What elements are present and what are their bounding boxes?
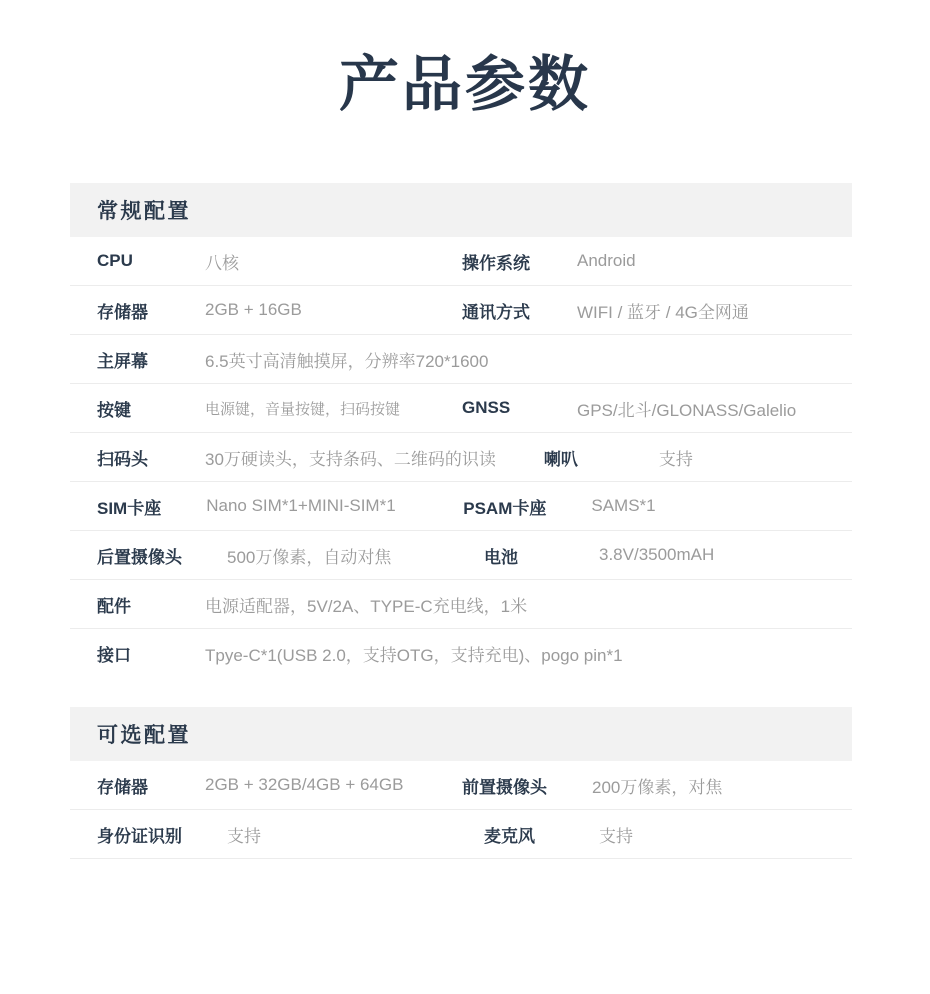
- spec-value: 电源键，音量按键，扫码按键: [205, 398, 462, 419]
- spec-value: SAMS*1: [591, 496, 852, 516]
- spec-row: 存储器2GB + 16GB通讯方式WIFI / 蓝牙 / 4G全网通: [70, 286, 852, 335]
- spec-value: Nano SIM*1+MINI-SIM*1: [206, 496, 463, 516]
- spec-value: 支持: [227, 822, 484, 847]
- spec-label: 前置摄像头: [462, 773, 592, 798]
- spec-label: CPU: [97, 251, 205, 271]
- spec-row: 按键电源键，音量按键，扫码按键GNSSGPS/北斗/GLONASS/Galeli…: [70, 384, 852, 433]
- spec-label: PSAM卡座: [463, 494, 591, 519]
- section-title: 可选配置: [97, 719, 191, 749]
- spec-value: 3.8V/3500mAH: [599, 545, 852, 565]
- spec-rows: 存储器2GB + 32GB/4GB + 64GB前置摄像头200万像素，对焦身份…: [70, 761, 852, 859]
- spec-label: 按键: [97, 396, 205, 421]
- spec-row: 扫码头30万硬读头，支持条码、二维码的识读喇叭支持: [70, 433, 852, 482]
- spec-row: 配件电源适配器，5V/2A、TYPE-C充电线，1米: [70, 580, 852, 629]
- section-header: 可选配置: [70, 707, 852, 761]
- spec-label: 麦克风: [484, 822, 599, 847]
- spec-row: 身份证识别支持麦克风支持: [70, 810, 852, 859]
- spec-label: 存储器: [97, 773, 205, 798]
- spec-section: 可选配置存储器2GB + 32GB/4GB + 64GB前置摄像头200万像素，…: [70, 707, 852, 859]
- spec-value: WIFI / 蓝牙 / 4G全网通: [577, 298, 852, 323]
- spec-row: 主屏幕6.5英寸高清触摸屏，分辨率720*1600: [70, 335, 852, 384]
- spec-value: 八核: [205, 249, 462, 274]
- spec-value: 30万硬读头，支持条码、二维码的识读: [205, 445, 544, 470]
- spec-tables: 常规配置CPU八核操作系统Android存储器2GB + 16GB通讯方式WIF…: [70, 183, 852, 859]
- spec-value: 支持: [599, 822, 852, 847]
- spec-value: GPS/北斗/GLONASS/Galelio: [577, 396, 852, 421]
- spec-label: 电池: [484, 543, 599, 568]
- spec-value: 电源适配器，5V/2A、TYPE-C充电线，1米: [205, 592, 852, 617]
- spec-value: Android: [577, 251, 852, 271]
- spec-value: 6.5英寸高清触摸屏，分辨率720*1600: [205, 347, 852, 372]
- spec-section: 常规配置CPU八核操作系统Android存储器2GB + 16GB通讯方式WIF…: [70, 183, 852, 678]
- spec-label: 存储器: [97, 298, 205, 323]
- spec-label: 喇叭: [544, 445, 659, 470]
- spec-label: 通讯方式: [462, 298, 577, 323]
- spec-label: 主屏幕: [97, 347, 205, 372]
- spec-row: 存储器2GB + 32GB/4GB + 64GB前置摄像头200万像素，对焦: [70, 761, 852, 810]
- section-header: 常规配置: [70, 183, 852, 237]
- spec-label: GNSS: [462, 398, 577, 418]
- spec-value: 2GB + 16GB: [205, 300, 462, 320]
- spec-label: 操作系统: [462, 249, 577, 274]
- spec-value: 200万像素，对焦: [592, 773, 852, 798]
- spec-label: 扫码头: [97, 445, 205, 470]
- spec-value: Tpye-C*1(USB 2.0，支持OTG，支持充电)、pogo pin*1: [205, 641, 852, 666]
- spec-value: 500万像素，自动对焦: [227, 543, 484, 568]
- spec-rows: CPU八核操作系统Android存储器2GB + 16GB通讯方式WIFI / …: [70, 237, 852, 678]
- spec-row: SIM卡座Nano SIM*1+MINI-SIM*1PSAM卡座SAMS*1: [70, 482, 852, 531]
- spec-row: 接口Tpye-C*1(USB 2.0，支持OTG，支持充电)、pogo pin*…: [70, 629, 852, 678]
- spec-label: 身份证识别: [97, 822, 227, 847]
- product-spec-page: 产品参数 常规配置CPU八核操作系统Android存储器2GB + 16GB通讯…: [0, 50, 930, 859]
- spec-value: 支持: [659, 445, 852, 470]
- spec-label: SIM卡座: [97, 494, 206, 519]
- spec-value: 2GB + 32GB/4GB + 64GB: [205, 775, 462, 795]
- spec-label: 后置摄像头: [97, 543, 227, 568]
- spec-row: CPU八核操作系统Android: [70, 237, 852, 286]
- section-title: 常规配置: [97, 195, 191, 225]
- spec-row: 后置摄像头500万像素，自动对焦电池3.8V/3500mAH: [70, 531, 852, 580]
- page-title: 产品参数: [0, 50, 930, 119]
- spec-label: 配件: [97, 592, 205, 617]
- spec-label: 接口: [97, 641, 205, 666]
